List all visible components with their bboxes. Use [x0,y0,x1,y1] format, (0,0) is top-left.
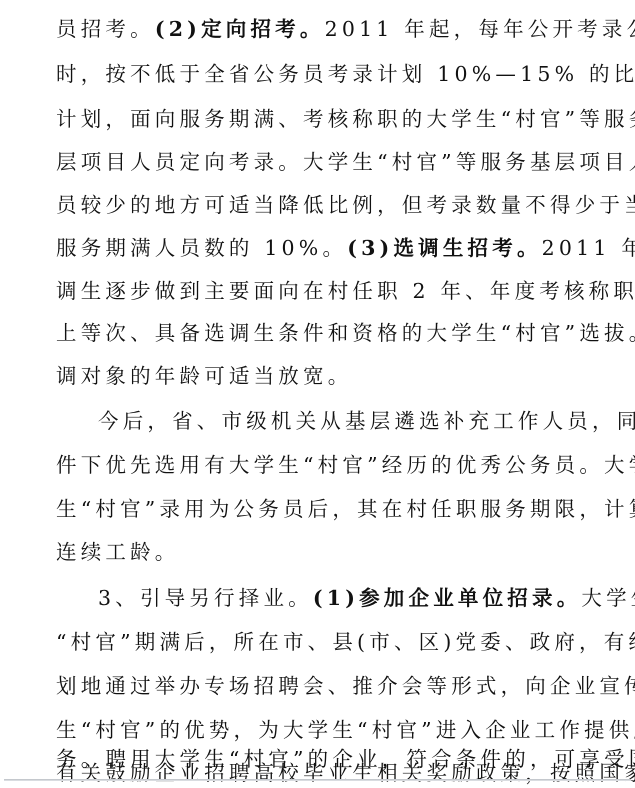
text-line-11: 件下优先选用有大学生“村官”经历的优秀公务员。大学 [56,450,592,480]
text-line-1: 员招考。(2)定向招考。2011 年起，每年公开考录公务员 [56,14,592,44]
text-segment: 调生逐步做到主要面向在村任职 2 年、年度考核称职及以 [56,279,635,303]
bold-heading-selected-graduate-exam: (3)选调生招考。 [347,236,541,260]
text-segment: 生“村官”的优势，为大学生“村官”进入企业工作提供服 [56,718,635,742]
bold-heading-targeted-exam: (2)定向招考。 [155,17,325,41]
text-segment: 计划，面向服务期满、考核称职的大学生“村官”等服务基 [56,107,635,131]
text-line-4: 层项目人员定向考录。大学生“村官”等服务基层项目人 [56,147,592,177]
text-line-10-paragraph-start: 今后，省、市级机关从基层遴选补充工作人员，同等条 [98,406,592,436]
text-segment: 调对象的年龄可适当放宽。 [56,364,352,388]
text-line-3: 计划，面向服务期满、考核称职的大学生“村官”等服务基 [56,104,592,134]
text-line-12: 生“村官”录用为公务员后，其在村任职服务期限，计算为 [56,494,592,524]
text-segment: 员招考。 [56,17,155,41]
document-page: 员招考。(2)定向招考。2011 年起，每年公开考录公务员 时，按不低于全省公务… [0,0,635,788]
text-segment: “村官”期满后，所在市、县(市、区)党委、政府，有组织有计 [56,630,635,654]
text-segment: 今后，省、市级机关从基层遴选补充工作人员，同等条 [98,409,635,433]
text-segment: 服务期满人员数的 10%。 [56,236,347,260]
text-line-13: 连续工龄。 [56,537,592,567]
text-line-2: 时，按不低于全省公务员考录计划 10%—15% 的比例单列 [56,59,592,89]
text-segment: 层项目人员定向考录。大学生“村官”等服务基层项目人 [56,150,635,174]
text-segment: 有关鼓励企业招聘高校毕业生相关奖励政策，按照国家有 [56,761,635,785]
text-line-16: 划地通过举办专场招聘会、推介会等形式，向企业宣传大学 [56,671,592,701]
page-bottom-edge [4,779,631,781]
text-line-9: 调对象的年龄可适当放宽。 [56,361,592,391]
text-segment: 生“村官”录用为公务员后，其在村任职服务期限，计算为 [56,497,635,521]
text-segment: 员较少的地方可适当降低比例，但考录数量不得少于当年 [56,193,635,217]
bold-heading-enterprise-recruitment: (1)参加企业单位招录。 [313,586,582,610]
text-line-6: 服务期满人员数的 10%。(3)选调生招考。2011 年起，选 [56,233,592,263]
text-segment: 3、引导另行择业。 [98,586,313,610]
text-line-15: “村官”期满后，所在市、县(市、区)党委、政府，有组织有计 [56,627,592,657]
text-segment: 时，按不低于全省公务员考录计划 10%—15% 的比例单列 [56,62,635,86]
text-segment: 上等次、具备选调生条件和资格的大学生“村官”选拔。选 [56,321,635,345]
text-line-7: 调生逐步做到主要面向在村任职 2 年、年度考核称职及以 [56,276,592,306]
text-line-19: 有关鼓励企业招聘高校毕业生相关奖励政策，按照国家有 [56,758,592,788]
text-segment: 件下优先选用有大学生“村官”经历的优秀公务员。大学 [56,453,635,477]
text-line-8: 上等次、具备选调生条件和资格的大学生“村官”选拔。选 [56,318,592,348]
text-segment: 连续工龄。 [56,540,180,564]
text-line-17: 生“村官”的优势，为大学生“村官”进入企业工作提供服 [56,715,592,745]
text-line-14-paragraph-start: 3、引导另行择业。(1)参加企业单位招录。大学生 [98,583,592,613]
text-segment: 2011 年起，每年公开考录公务员 [325,17,635,41]
text-line-5: 员较少的地方可适当降低比例，但考录数量不得少于当年 [56,190,592,220]
text-segment: 划地通过举办专场招聘会、推介会等形式，向企业宣传大学 [56,674,635,698]
text-segment: 大学生 [581,586,635,610]
text-segment: 2011 年起，选 [542,236,635,260]
